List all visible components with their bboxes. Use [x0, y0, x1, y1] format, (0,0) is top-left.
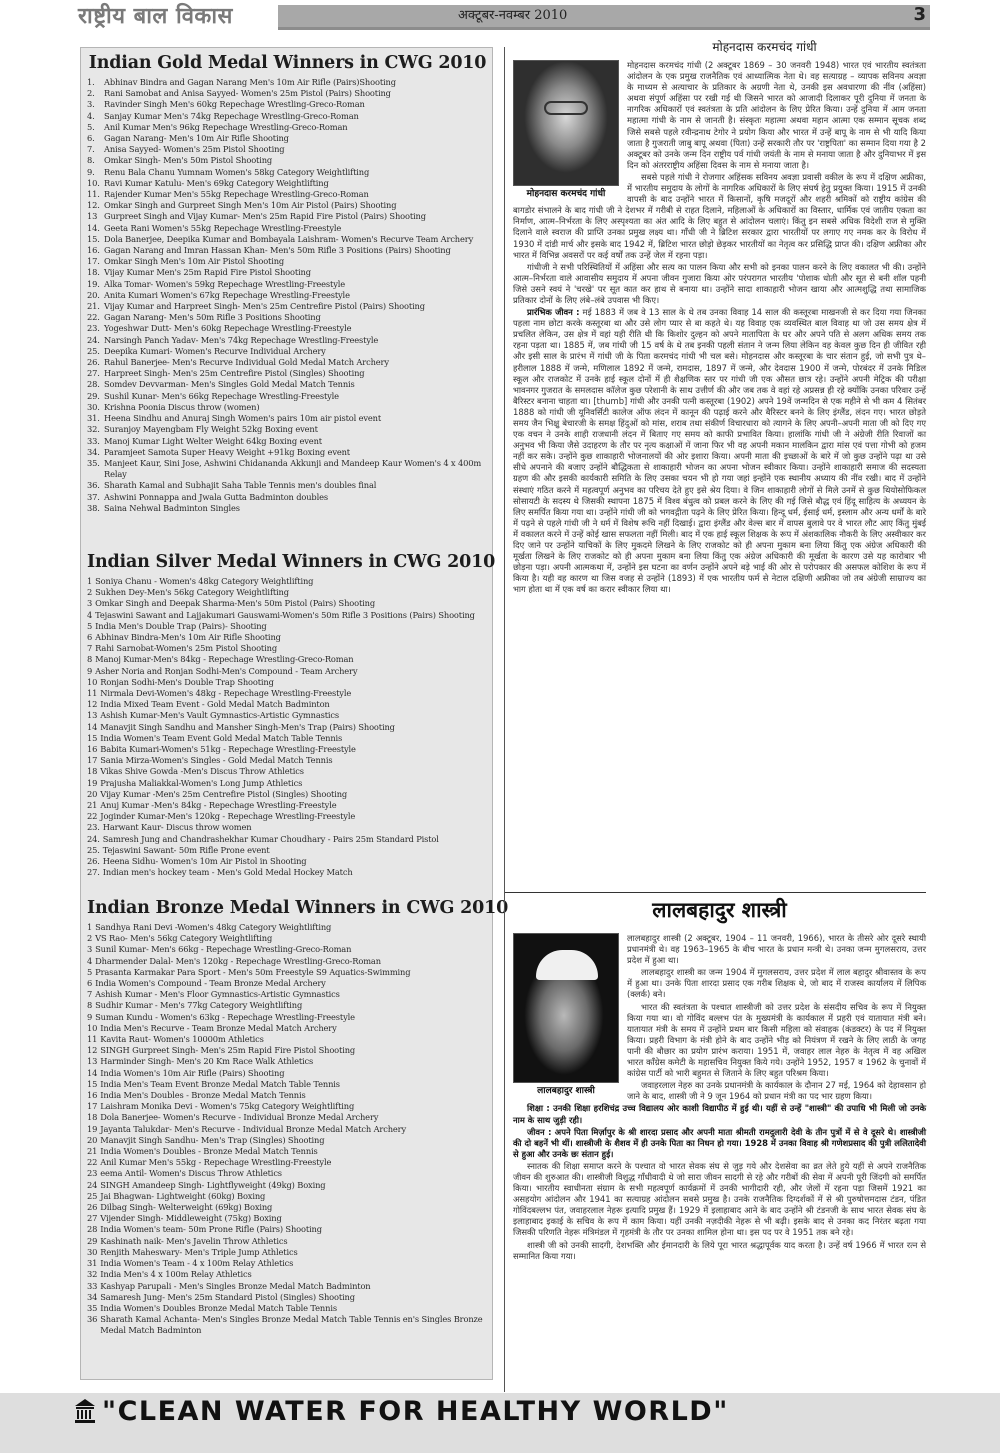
item-text: Sushil Kunar- Men's 66kg Repechage Wrest…	[104, 391, 488, 402]
item-number: 29	[87, 1236, 97, 1247]
item-number: 1	[87, 576, 92, 587]
publication-logo: राष्ट्रीय बाल विकास	[78, 2, 274, 32]
item-number: 27.	[87, 867, 100, 878]
item-text: Heena Sidhu- Women's 10m Air Pistol in S…	[103, 856, 488, 867]
medal-list-item: 34.Paramjeet Samota Super Heavy Weight +…	[87, 447, 488, 458]
item-text: India Men's Double Trap (Pairs)- Shootin…	[95, 621, 488, 632]
medal-list-item: 28India Women's team- 50m Prone Rifle (P…	[87, 1224, 488, 1235]
item-number: 6	[87, 632, 92, 643]
item-text: India Men's Recurve - Team Bronze Medal …	[100, 1023, 488, 1034]
medal-list-item: 7Ashish Kumar - Men's Floor Gymnastics-A…	[87, 989, 488, 1000]
item-text: Yogeshwar Dutt- Men's 60kg Repechage Wre…	[104, 323, 488, 334]
item-number: 16	[87, 1090, 97, 1101]
item-number: 36.	[87, 480, 104, 491]
item-number: 23.	[87, 323, 104, 334]
item-text: Abhinav Bindra and Gagan Narang Men's 10…	[104, 77, 488, 88]
item-text: India Women's Team - 4 x 100m Relay Athl…	[100, 1258, 488, 1269]
medal-list-item: 12SINGH Gurpreet Singh- Men's 25m Rapid …	[87, 1045, 488, 1056]
item-number: 5	[87, 967, 92, 978]
item-text: SINGH Gurpreet Singh- Men's 25m Rapid Fi…	[100, 1045, 488, 1056]
item-text: India Women's Compound - Team Bronze Med…	[95, 978, 488, 989]
medal-list-item: 15India Women's Team Event Gold Medal Ma…	[87, 733, 488, 744]
item-text: Sukhen Dey-Men's 56kg Category Weightlif…	[95, 587, 488, 598]
item-text: Ravi Kumar Katulu- Men's 69kg Category W…	[104, 178, 488, 189]
item-text: Somdev Devvarman- Men's Singles Gold Med…	[104, 379, 488, 390]
medal-list-item: 3Omkar Singh and Deepak Sharma-Men's 50m…	[87, 598, 488, 609]
item-number: 3.	[87, 99, 104, 110]
item-text: Manoj Kumar-Men's 84kg - Repechage Wrest…	[95, 654, 488, 665]
medal-list-item: 10Ronjan Sodhi-Men's Double Trap Shootin…	[87, 677, 488, 688]
item-number: 27	[87, 1213, 97, 1224]
item-text: SINGH Amandeep Singh- Lightflyweight (49…	[100, 1180, 488, 1191]
item-text: India Women's Doubles Bronze Medal Match…	[100, 1303, 488, 1314]
early-life-label: प्रारंभिक जीवन :	[527, 307, 579, 317]
item-number: 25.	[87, 346, 104, 357]
medal-list-item: 35India Women's Doubles Bronze Medal Mat…	[87, 1303, 488, 1314]
item-text: Gurpreet Singh and Vijay Kumar- Men's 25…	[104, 211, 488, 222]
item-text: Renjith Maheswary- Men's Triple Jump Ath…	[100, 1247, 488, 1258]
item-number: 23.	[87, 822, 100, 833]
medal-list-item: 16.Gagan Narang and Imran Hassan Khan- M…	[87, 245, 488, 256]
medal-list-item: 18.Vijay Kumar Men's 25m Rapid Fire Pist…	[87, 267, 488, 278]
medal-list-item: 25Jai Bhagwan- Lightweight (60kg) Boxing	[87, 1191, 488, 1202]
early-life-text: मई 1883 में जब वे 13 साल के थे तब उनका व…	[513, 307, 926, 594]
item-text: Nirmala Devi-Women's 48kg - Repechage Wr…	[100, 688, 488, 699]
medal-list-item: 22.Gagan Narang- Men's 50m Rifle 3 Posit…	[87, 312, 488, 323]
item-text: India Men's Doubles - Bronze Medal Match…	[100, 1090, 488, 1101]
medal-list-item: 8.Omkar Singh- Men's 50m Pistol Shooting	[87, 155, 488, 166]
medal-list-item: 14Manavjit Singh Sandhu and Mansher Sing…	[87, 722, 488, 733]
medal-list-item: 17.Omkar Singh Men's 10m Air Pistol Shoo…	[87, 256, 488, 267]
item-number: 29.	[87, 391, 104, 402]
medal-list-item: 6Abhinav Bindra-Men's 10m Air Rifle Shoo…	[87, 632, 488, 643]
item-number: 15	[87, 733, 97, 744]
medal-list-item: 26.Heena Sidhu- Women's 10m Air Pistol i…	[87, 856, 488, 867]
gandhi-portrait-image	[513, 60, 619, 186]
item-number: 18	[87, 1112, 97, 1123]
item-number: 15.	[87, 234, 104, 245]
medal-list-item: 29.Sushil Kunar- Men's 66kg Repechage Wr…	[87, 391, 488, 402]
shastri-paragraph-life: जीवन : अपने पिता मिर्ज़ापुर के श्री शारद…	[513, 1127, 926, 1160]
medal-list-item: 16India Men's Doubles - Bronze Medal Mat…	[87, 1090, 488, 1101]
item-text: Indian men's hockey team - Men's Gold Me…	[103, 867, 488, 878]
shastri-portrait-image	[513, 933, 619, 1083]
item-number: 20.	[87, 290, 104, 301]
item-text: Tejaswini Sawant and Lajjakumari Gauswam…	[95, 610, 488, 621]
medal-list-item: 18Vikas Shive Gowda -Men's Discus Throw …	[87, 766, 488, 777]
medal-list-item: 35.Manjeet Kaur, Sini Jose, Ashwini Chid…	[87, 458, 488, 480]
item-text: Anil Kumar Men's 55kg - Repechage Wrestl…	[100, 1157, 488, 1168]
item-number: 24.	[87, 834, 100, 845]
item-number: 26	[87, 1202, 97, 1213]
item-number: 10	[87, 1023, 97, 1034]
medal-list-item: 23.Yogeshwar Dutt- Men's 60kg Repechage …	[87, 323, 488, 334]
shastri-paragraph-8: शास्त्री जी को उनकी सादगी, देशभक्ति और ई…	[513, 1240, 926, 1262]
medal-list-item: 10.Ravi Kumar Katulu- Men's 69kg Categor…	[87, 178, 488, 189]
gandhi-photo: मोहनदास करमचंद गांधी	[513, 60, 619, 200]
item-number: 16.	[87, 245, 104, 256]
shastri-title: लालबहादुर शास्त्री	[513, 897, 926, 923]
item-number: 18	[87, 766, 97, 777]
item-text: India Men's 4 x 100m Relay Athletics	[100, 1269, 488, 1280]
medal-list-item: 31.Heena Sindhu and Anuraj Singh Women's…	[87, 413, 488, 424]
item-number: 11.	[87, 189, 104, 200]
item-number: 17.	[87, 256, 104, 267]
item-text: Manavjit Singh Sandhu and Mansher Singh-…	[100, 722, 488, 733]
gold-medal-section: Indian Gold Medal Winners in CWG 2010 1.…	[87, 53, 488, 514]
item-number: 15	[87, 1079, 97, 1090]
item-text: Dola Banerjee, Deepika Kumar and Bombaya…	[104, 234, 488, 245]
item-number: 14.	[87, 223, 104, 234]
shastri-body: लालबहादुर शास्त्री लालबहादुर शास्त्री (2…	[513, 933, 926, 1262]
gandhi-body: मोहनदास करमचंद गांधी मोहनदास करमचंद गांध…	[513, 60, 926, 596]
item-text: VS Rao- Men's 56kg Category Weightliftin…	[95, 933, 488, 944]
medal-list-item: 2VS Rao- Men's 56kg Category Weightlifti…	[87, 933, 488, 944]
gandhi-heading: मोहनदास करमचंद गांधी	[513, 40, 926, 54]
masthead-bar	[278, 5, 930, 30]
medal-list-item: 32.Suranjoy Mayengbam Fly Weight 52kg Bo…	[87, 424, 488, 435]
medal-list-item: 21.Vijay Kumar and Harpreet Singh- Men's…	[87, 301, 488, 312]
footer-slogan: "CLEAN WATER FOR HEALTHY WORLD"	[102, 1395, 729, 1429]
medal-list-item: 16Babita Kumari-Women's 51kg - Repechage…	[87, 744, 488, 755]
item-number: 34	[87, 1292, 97, 1303]
item-number: 2.	[87, 88, 104, 99]
shastri-photo: लालबहादुर शास्त्री	[513, 933, 619, 1097]
item-number: 28	[87, 1224, 97, 1235]
item-number: 9	[87, 666, 92, 677]
item-number: 22.	[87, 312, 104, 323]
medal-list-item: 7.Anisa Sayyed- Women's 25m Pistol Shoot…	[87, 144, 488, 155]
medal-list-item: 5.Anil Kumar Men's 96kg Repechage Wrestl…	[87, 122, 488, 133]
medal-list-item: 38.Saina Nehwal Badminton Singles	[87, 503, 488, 514]
medal-list-item: 9Suman Kundu - Women's 63kg - Repechage …	[87, 1012, 488, 1023]
masthead: राष्ट्रीय बाल विकास अक्टूबर-नवम्बर 2010 …	[78, 2, 930, 34]
item-number: 6.	[87, 133, 104, 144]
medal-list-item: 26Dilbag Singh- Welterweight (69kg) Boxi…	[87, 1202, 488, 1213]
item-text: Omkar Singh Men's 10m Air Pistol Shootin…	[104, 256, 488, 267]
item-text: Sudhir Kumar - Men's 77kg Category Weigh…	[95, 1000, 488, 1011]
medal-list-item: 37.Ashwini Ponnappa and Jwala Gutta Badm…	[87, 492, 488, 503]
medal-list-item: 34Samaresh Jung- Men's 25m Standard Pist…	[87, 1292, 488, 1303]
item-number: 24	[87, 1180, 97, 1191]
item-number: 28.	[87, 379, 104, 390]
item-text: Vikas Shive Gowda -Men's Discus Throw At…	[100, 766, 488, 777]
item-number: 8.	[87, 155, 104, 166]
medal-list-item: 9Asher Noria and Ronjan Sodhi-Men's Comp…	[87, 666, 488, 677]
footer-banner: "CLEAN WATER FOR HEALTHY WORLD"	[0, 1393, 1000, 1453]
article-separator	[505, 892, 926, 893]
medal-list-item: 19Jayanta Talukdar- Men's Recurve - Indi…	[87, 1124, 488, 1135]
bronze-medal-list: 1Sandhya Rani Devi -Women's 48kg Categor…	[87, 922, 488, 1337]
item-text: Vijay Kumar Men's 25m Rapid Fire Pistol …	[104, 267, 488, 278]
medal-list-item: 12.Omkar Singh and Gurpreet Singh Men's …	[87, 200, 488, 211]
item-number: 14	[87, 722, 97, 733]
medal-list-item: 13Ashish Kumar-Men's Vault Gymnastics-Ar…	[87, 710, 488, 721]
medal-list-item: 11Kavita Raut- Women's 10000m Athletics	[87, 1034, 488, 1045]
silver-medal-list: 1Soniya Chanu - Women's 48kg Category We…	[87, 576, 488, 878]
medal-list-item: 1.Abhinav Bindra and Gagan Narang Men's …	[87, 77, 488, 88]
issue-date: अक्टूबर-नवम्बर 2010	[458, 5, 567, 27]
item-text: India Mixed Team Event - Gold Medal Matc…	[100, 699, 488, 710]
medal-list-item: 25.Tejaswini Sawant- 50m Rifle Prone eve…	[87, 845, 488, 856]
item-number: 24.	[87, 335, 104, 346]
item-number: 31	[87, 1258, 97, 1269]
item-number: 25	[87, 1191, 97, 1202]
item-number: 1	[87, 922, 92, 933]
item-number: 22	[87, 811, 97, 822]
item-text: Rahi Sarnobat-Women's 25m Pistol Shootin…	[95, 643, 488, 654]
item-number: 19.	[87, 279, 104, 290]
item-number: 14	[87, 1068, 97, 1079]
item-number: 5	[87, 621, 92, 632]
column-divider	[504, 47, 505, 1392]
item-number: 26.	[87, 856, 100, 867]
medal-list-item: 21India Women's Doubles - Bronze Medal M…	[87, 1146, 488, 1157]
item-number: 10	[87, 677, 97, 688]
item-text: Abhinav Bindra-Men's 10m Air Rifle Shoot…	[95, 632, 488, 643]
bronze-medal-section: Indian Bronze Medal Winners in CWG 2010 …	[87, 898, 488, 1337]
item-text: Sania Mirza-Women's Singles - Gold Medal…	[100, 755, 488, 766]
item-text: Dharmender Dalal- Men's 120kg - Repechag…	[95, 956, 488, 967]
education-text: उनकी शिक्षा हरशिचंद्र उच्च विद्यालय ओर क…	[513, 1103, 926, 1124]
medal-list-item: 13Gurpreet Singh and Vijay Kumar- Men's …	[87, 211, 488, 222]
item-text: Sharath Kamal and Subhajit Saha Table Te…	[104, 480, 488, 491]
item-number: 7	[87, 989, 92, 1000]
item-text: Gagan Narang- Men's 10m Air Rifle Shooti…	[104, 133, 488, 144]
medal-list-item: 36Sharath Kamal Achanta- Men's Singles B…	[87, 1314, 488, 1336]
item-text: Ronjan Sodhi-Men's Double Trap Shooting	[100, 677, 488, 688]
item-text: Paramjeet Samota Super Heavy Weight +91k…	[104, 447, 488, 458]
medal-list-item: 4Dharmender Dalal- Men's 120kg - Repecha…	[87, 956, 488, 967]
item-text: Vijender Singh- Middleweight (75kg) Boxi…	[100, 1213, 488, 1224]
item-text: Anita Kumari Women's 67kg Repechage Wres…	[104, 290, 488, 301]
item-number: 4.	[87, 111, 104, 122]
medal-list-item: 32India Men's 4 x 100m Relay Athletics	[87, 1269, 488, 1280]
item-number: 12	[87, 1045, 97, 1056]
item-text: Samresh Jung and Chandrashekhar Kumar Ch…	[103, 834, 488, 845]
medal-list-item: 27Vijender Singh- Middleweight (75kg) Bo…	[87, 1213, 488, 1224]
item-text: Rani Samobat and Anisa Sayyed- Women's 2…	[104, 88, 488, 99]
item-text: Jai Bhagwan- Lightweight (60kg) Boxing	[100, 1191, 488, 1202]
gandhi-article: मोहनदास करमचंद गांधी मोहनदास करमचंद गांध…	[513, 40, 926, 596]
item-number: 11	[87, 688, 97, 699]
medal-list-item: 23eema Antil- Women's Discus Throw Athle…	[87, 1168, 488, 1179]
item-text: Ravinder Singh Men's 60kg Repechage Wres…	[104, 99, 488, 110]
medal-list-item: 24.Samresh Jung and Chandrashekhar Kumar…	[87, 834, 488, 845]
item-number: 34.	[87, 447, 104, 458]
medal-list-item: 15India Men's Team Event Bronze Medal Ma…	[87, 1079, 488, 1090]
item-text: Ashish Kumar-Men's Vault Gymnastics-Arti…	[100, 710, 488, 721]
item-text: Jayanta Talukdar- Men's Recurve - Indivi…	[100, 1124, 488, 1135]
item-text: Gagan Narang- Men's 50m Rifle 3 Position…	[104, 312, 488, 323]
medal-list-item: 1Sandhya Rani Devi -Women's 48kg Categor…	[87, 922, 488, 933]
gandhi-paragraph-3: गांधीजी ने सभी परिस्थितियों में अहिंसा औ…	[513, 262, 926, 306]
medal-list-item: 11.Rajender Kumar Men's 55kg Repechage W…	[87, 189, 488, 200]
item-text: India Women's Doubles - Bronze Medal Mat…	[100, 1146, 488, 1157]
medal-list-item: 17Sania Mirza-Women's Singles - Gold Med…	[87, 755, 488, 766]
item-text: Sunil Kumar- Men's 66kg - Repechage Wres…	[95, 944, 488, 955]
item-text: Manavjit Singh Sandhu- Men's Trap (Singl…	[100, 1135, 488, 1146]
medal-list-item: 8Manoj Kumar-Men's 84kg - Repechage Wres…	[87, 654, 488, 665]
item-number: 4	[87, 610, 92, 621]
medal-list-item: 3Sunil Kumar- Men's 66kg - Repechage Wre…	[87, 944, 488, 955]
item-text: India Women's 10m Air Rifle (Pairs) Shoo…	[100, 1068, 488, 1079]
item-number: 7.	[87, 144, 104, 155]
page-number: 3	[913, 3, 926, 27]
medal-list-item: 13Harminder Singh- Men's 20 Km Race Walk…	[87, 1056, 488, 1067]
medal-list-item: 5Prasanta Karmakar Para Sport - Men's 50…	[87, 967, 488, 978]
item-text: Sharath Kamal Achanta- Men's Singles Bro…	[100, 1314, 488, 1336]
medal-list-item: 11Nirmala Devi-Women's 48kg - Repechage …	[87, 688, 488, 699]
item-text: Omkar Singh and Gurpreet Singh Men's 10m…	[104, 200, 488, 211]
item-text: Manoj Kumar Light Welter Weight 64kg Box…	[104, 436, 488, 447]
medal-list-item: 24SINGH Amandeep Singh- Lightflyweight (…	[87, 1180, 488, 1191]
item-text: Gagan Narang and Imran Hassan Khan- Men'…	[104, 245, 488, 256]
item-text: Soniya Chanu - Women's 48kg Category Wei…	[95, 576, 488, 587]
medal-list-item: 12India Mixed Team Event - Gold Medal Ma…	[87, 699, 488, 710]
gandhi-paragraph-early-life: प्रारंभिक जीवन : मई 1883 में जब वे 13 सा…	[513, 307, 926, 595]
item-text: Tejaswini Sawant- 50m Rifle Prone event	[103, 845, 488, 856]
item-number: 33	[87, 1281, 97, 1292]
item-number: 30	[87, 1247, 97, 1258]
item-number: 19	[87, 1124, 97, 1135]
medal-list-item: 28.Somdev Devvarman- Men's Singles Gold …	[87, 379, 488, 390]
item-text: Saina Nehwal Badminton Singles	[104, 503, 488, 514]
item-text: eema Antil- Women's Discus Throw Athleti…	[100, 1168, 488, 1179]
item-number: 9.	[87, 167, 104, 178]
item-number: 27.	[87, 368, 104, 379]
item-text: Kavita Raut- Women's 10000m Athletics	[100, 1034, 488, 1045]
item-text: Anil Kumar Men's 96kg Repechage Wrestlin…	[104, 122, 488, 133]
item-text: Narsingh Panch Yadav- Men's 74kg Repecha…	[104, 335, 488, 346]
bronze-section-title: Indian Bronze Medal Winners in CWG 2010	[87, 898, 488, 918]
medal-list-item: 19.Alka Tomar- Women's 59kg Repechage Wr…	[87, 279, 488, 290]
medal-list-item: 27.Harpreet Singh- Men's 25m Centrefire …	[87, 368, 488, 379]
medal-list-item: 10India Men's Recurve - Team Bronze Meda…	[87, 1023, 488, 1034]
education-label: शिक्षा :	[527, 1103, 550, 1113]
item-number: 3	[87, 598, 92, 609]
item-number: 23	[87, 1168, 97, 1179]
item-text: Asher Noria and Ronjan Sodhi-Men's Compo…	[95, 666, 488, 677]
item-number: 6	[87, 978, 92, 989]
unesco-temple-icon	[74, 1398, 96, 1424]
item-number: 32.	[87, 424, 104, 435]
item-text: Laishram Monika Devi - Women's 75kg Cate…	[100, 1101, 488, 1112]
medal-list-item: 33Kashyap Parupali - Men's Singles Bronz…	[87, 1281, 488, 1292]
item-text: Prasanta Karmakar Para Sport - Men's 50m…	[95, 967, 488, 978]
medal-list-item: 6India Women's Compound - Team Bronze Me…	[87, 978, 488, 989]
item-text: Krishna Poonia Discus throw (women)	[104, 402, 488, 413]
medal-list-item: 36.Sharath Kamal and Subhajit Saha Table…	[87, 480, 488, 491]
item-number: 10.	[87, 178, 104, 189]
shastri-photo-caption: लालबहादुर शास्त्री	[513, 1086, 619, 1097]
medal-list-item: 7Rahi Sarnobat-Women's 25m Pistol Shooti…	[87, 643, 488, 654]
item-number: 18.	[87, 267, 104, 278]
medal-list-item: 24.Narsingh Panch Yadav- Men's 74kg Repe…	[87, 335, 488, 346]
medal-list-item: 4Tejaswini Sawant and Lajjakumari Gauswa…	[87, 610, 488, 621]
item-number: 21	[87, 800, 97, 811]
medal-list-item: 33.Manoj Kumar Light Welter Weight 64kg …	[87, 436, 488, 447]
medal-list-item: 22Joginder Kumar-Men's 120kg - Repechage…	[87, 811, 488, 822]
item-number: 4	[87, 956, 92, 967]
item-number: 2	[87, 933, 92, 944]
item-text: Alka Tomar- Women's 59kg Repechage Wrest…	[104, 279, 488, 290]
item-number: 11	[87, 1034, 97, 1045]
silver-medal-section: Indian Silver Medal Winners in CWG 2010 …	[87, 552, 488, 878]
item-number: 31.	[87, 413, 104, 424]
item-number: 16	[87, 744, 97, 755]
gold-section-title: Indian Gold Medal Winners in CWG 2010	[87, 53, 488, 73]
gandhi-photo-caption: मोहनदास करमचंद गांधी	[513, 189, 619, 200]
medal-list-item: 15.Dola Banerjee, Deepika Kumar and Bomb…	[87, 234, 488, 245]
medal-list-item: 31India Women's Team - 4 x 100m Relay At…	[87, 1258, 488, 1269]
item-number: 19	[87, 778, 97, 789]
item-text: Suman Kundu - Women's 63kg - Repechage W…	[95, 1012, 488, 1023]
medal-list-item: 18Dola Banerjee- Women's Recurve - Indiv…	[87, 1112, 488, 1123]
item-number: 32	[87, 1269, 97, 1280]
item-text: Ashish Kumar - Men's Floor Gymnastics-Ar…	[95, 989, 488, 1000]
shastri-article: लालबहादुर शास्त्री लालबहादुर शास्त्री ला…	[513, 897, 926, 1262]
medal-list-item: 20Manavjit Singh Sandhu- Men's Trap (Sin…	[87, 1135, 488, 1146]
item-number: 21.	[87, 301, 104, 312]
medal-list-item: 3.Ravinder Singh Men's 60kg Repechage Wr…	[87, 99, 488, 110]
item-text: Suranjoy Mayengbam Fly Weight 52kg Boxin…	[104, 424, 488, 435]
medal-list-item: 2.Rani Samobat and Anisa Sayyed- Women's…	[87, 88, 488, 99]
medal-list-item: 14India Women's 10m Air Rifle (Pairs) Sh…	[87, 1068, 488, 1079]
item-text: India Women's Team Event Gold Medal Matc…	[100, 733, 488, 744]
item-number: 8	[87, 1000, 92, 1011]
item-text: Sanjay Kumar Men's 74kg Repechage Wrestl…	[104, 111, 488, 122]
item-text: Ashwini Ponnappa and Jwala Gutta Badmint…	[104, 492, 488, 503]
item-text: Omkar Singh- Men's 50m Pistol Shooting	[104, 155, 488, 166]
item-text: Vijay Kumar -Men's 25m Centrefire Pistol…	[100, 789, 488, 800]
item-number: 25.	[87, 845, 100, 856]
item-text: Dilbag Singh- Welterweight (69kg) Boxing	[100, 1202, 488, 1213]
medal-list-item: 30.Krishna Poonia Discus throw (women)	[87, 402, 488, 413]
medal-list-item: 25.Deepika Kumari- Women's Recurve Indiv…	[87, 346, 488, 357]
item-number: 20	[87, 789, 97, 800]
item-text: Samaresh Jung- Men's 25m Standard Pistol…	[100, 1292, 488, 1303]
item-number: 7	[87, 643, 92, 654]
medal-list-item: 14.Geeta Rani Women's 55kg Repechage Wre…	[87, 223, 488, 234]
item-text: Dola Banerjee- Women's Recurve - Individ…	[100, 1112, 488, 1123]
item-number: 20	[87, 1135, 97, 1146]
silver-section-title: Indian Silver Medal Winners in CWG 2010	[87, 552, 488, 572]
item-number: 12.	[87, 200, 104, 211]
item-text: India Women's team- 50m Prone Rifle (Pai…	[100, 1224, 488, 1235]
shastri-paragraph-education: शिक्षा : उनकी शिक्षा हरशिचंद्र उच्च विद्…	[513, 1103, 926, 1125]
medal-list-item: 6.Gagan Narang- Men's 10m Air Rifle Shoo…	[87, 133, 488, 144]
item-number: 5.	[87, 122, 104, 133]
item-number: 21	[87, 1146, 97, 1157]
item-number: 2	[87, 587, 92, 598]
item-text: Geeta Rani Women's 55kg Repechage Wrestl…	[104, 223, 488, 234]
medal-list-item: 8Sudhir Kumar - Men's 77kg Category Weig…	[87, 1000, 488, 1011]
medal-list-item: 4.Sanjay Kumar Men's 74kg Repechage Wres…	[87, 111, 488, 122]
item-text: Rahul Banerjee- Men's Recurve Individual…	[104, 357, 488, 368]
item-text: Sandhya Rani Devi -Women's 48kg Category…	[95, 922, 488, 933]
medal-list-item: 26.Rahul Banerjee- Men's Recurve Individ…	[87, 357, 488, 368]
item-number: 33.	[87, 436, 104, 447]
item-text: India Men's Team Event Bronze Medal Matc…	[100, 1079, 488, 1090]
medal-list-item: 23.Harwant Kaur- Discus throw women	[87, 822, 488, 833]
item-number: 22	[87, 1157, 97, 1168]
medal-winners-panel: Indian Gold Medal Winners in CWG 2010 1.…	[80, 47, 493, 1380]
medal-list-item: 20Vijay Kumar -Men's 25m Centrefire Pist…	[87, 789, 488, 800]
item-number: 35.	[87, 458, 104, 480]
item-number: 1.	[87, 77, 104, 88]
item-text: Anuj Kumar -Men's 84kg - Repechage Wrest…	[100, 800, 488, 811]
